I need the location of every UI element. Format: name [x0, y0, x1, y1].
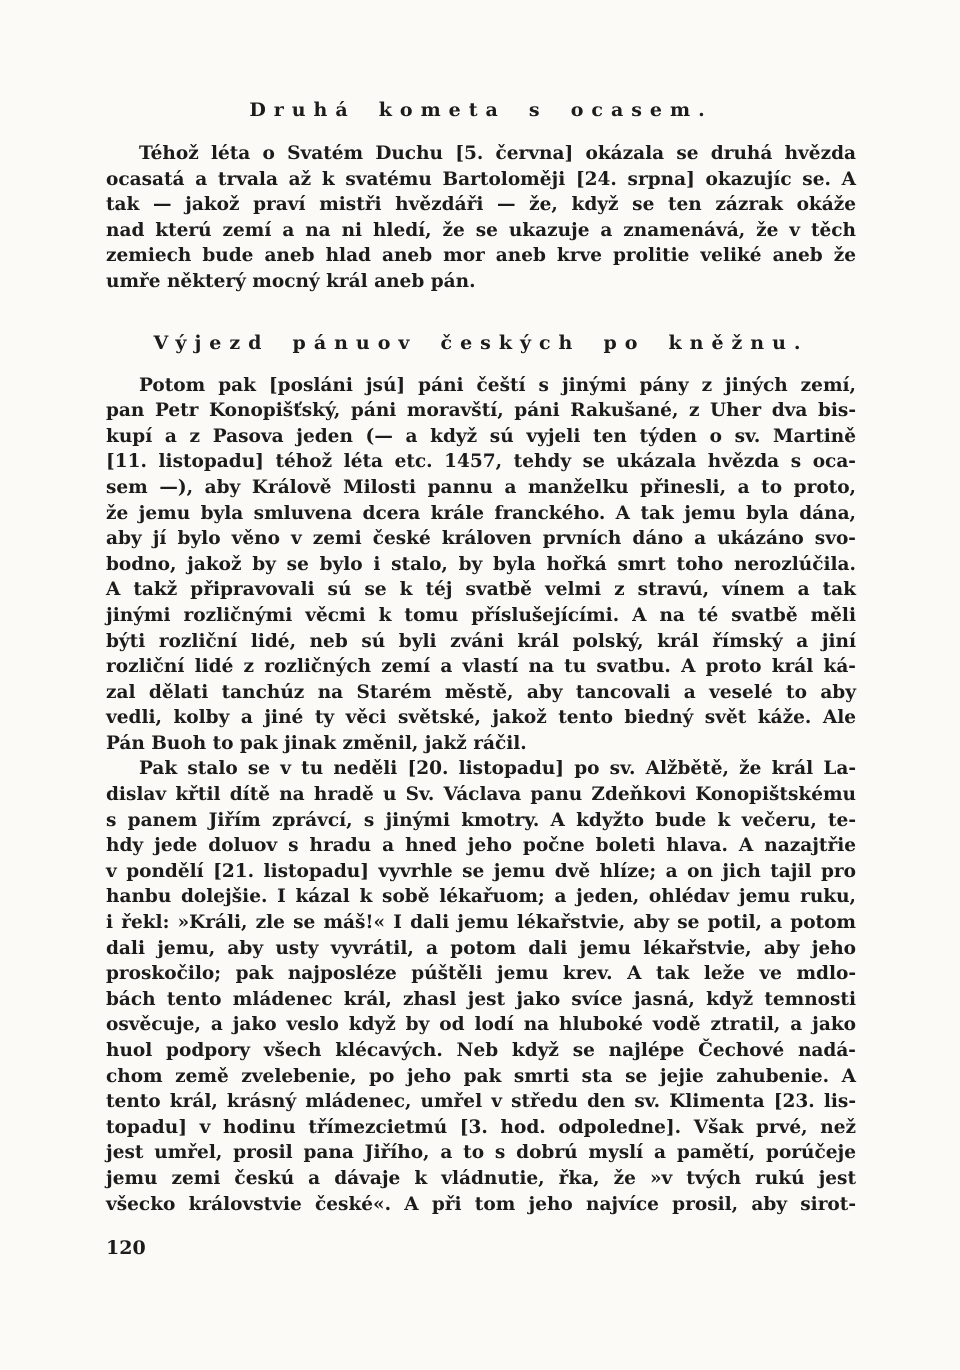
text-line: nad kterú zemí a na ni hledí, že se ukaz…	[106, 218, 856, 244]
section-heading-druha-kometa: Druhá kometa s ocasem.	[106, 97, 856, 123]
text-line: jemu zemi českú a dávaje k vládnutie, řk…	[106, 1166, 856, 1192]
text-line: zemiech bude aneb hlad aneb mor aneb krv…	[106, 243, 856, 269]
text-line: pan Petr Konopišťský, páni moravští, pán…	[106, 398, 856, 424]
text-line: tak — jakož praví mistři hvězdáři — že, …	[106, 192, 856, 218]
text-line: jest umřel, prosil pana Jiřího, a to s d…	[106, 1140, 856, 1166]
text-line: zal dělati tanchúz na Starém městě, aby …	[106, 680, 856, 706]
text-line: bách tento mládenec král, zhasl jest jak…	[106, 987, 856, 1013]
text-line: A takž připravovali sú se k téj svatbě v…	[106, 577, 856, 603]
paragraph-kometa: Téhož léta o Svatém Duchu [5. června] ok…	[106, 141, 856, 295]
text-line: aby jí bylo věno v zemi české královen p…	[106, 526, 856, 552]
text-line: rozliční lidé z rozličných zemí a vlastí…	[106, 654, 856, 680]
document-page: Druhá kometa s ocasem. Téhož léta o Svat…	[0, 0, 960, 1370]
text-line: býti rozliční lidé, neb sú byli zváni kr…	[106, 629, 856, 655]
paragraph-svatba: Potom pak [posláni jsú] páni čeští s jin…	[106, 373, 856, 757]
text-line: s panem Jiřím zprávcí, s jinými kmotry. …	[106, 808, 856, 834]
text-line: osvěcuje, a jako veslo když by od lodí n…	[106, 1012, 856, 1038]
text-line: sem —), aby Králově Milosti pannu a manž…	[106, 475, 856, 501]
text-line: Potom pak [posláni jsú] páni čeští s jin…	[106, 373, 856, 399]
text-line: [11. listopadu] téhož léta etc. 1457, te…	[106, 449, 856, 475]
paragraph-smrt-krale: Pak stalo se v tu neděli [20. listopadu]…	[106, 756, 856, 1217]
text-line: huol podpory všech klécavých. Neb když s…	[106, 1038, 856, 1064]
text-line: v pondělí [21. listopadu] vyvrhle se jem…	[106, 859, 856, 885]
text-line: ocasatá a trvala až k svatému Bartoloměj…	[106, 167, 856, 193]
text-line: vedli, kolby a jiné ty věci světské, jak…	[106, 705, 856, 731]
text-line: chom země zvelebenie, po jeho pak smrti …	[106, 1064, 856, 1090]
text-line: bodno, jakož by se bylo i stalo, by byla…	[106, 552, 856, 578]
page-number: 120	[106, 1236, 856, 1262]
text-line: i řekl: »Králi, zle se máš!« I dali jemu…	[106, 910, 856, 936]
text-line: jinými rozličnými věcmi k tomu příslušej…	[106, 603, 856, 629]
text-line: kupí a z Pasova jeden (— a když sú vyjel…	[106, 424, 856, 450]
text-line: že jemu byla smluvena dcera krále franck…	[106, 501, 856, 527]
text-line: všecko královstvie české«. A při tom jeh…	[106, 1192, 856, 1218]
text-line: hdy jede doluov s hradu a hned jeho počn…	[106, 833, 856, 859]
text-line: Téhož léta o Svatém Duchu [5. června] ok…	[106, 141, 856, 167]
text-line: tento král, krásný mládenec, umřel v stř…	[106, 1089, 856, 1115]
text-line: dislav křtil dítě na hradě u Sv. Václava…	[106, 782, 856, 808]
text-line: Pán Buoh to pak jinak změnil, jakž ráčil…	[106, 731, 856, 757]
text-line: hanbu dolejšie. I kázal k sobě lékařuom;…	[106, 884, 856, 910]
section-heading-vyjezd-panuov: Výjezd pánuov českých po kněžnu.	[106, 330, 856, 356]
text-line: umře některý mocný král aneb pán.	[106, 269, 856, 295]
text-line: dali jemu, aby usty vyvrátil, a potom da…	[106, 936, 856, 962]
text-line: proskočilo; pak najposléze púštěli jemu …	[106, 961, 856, 987]
text-line: Pak stalo se v tu neděli [20. listopadu]…	[106, 756, 856, 782]
text-line: topadu] v hodinu třímezcietmú [3. hod. o…	[106, 1115, 856, 1141]
